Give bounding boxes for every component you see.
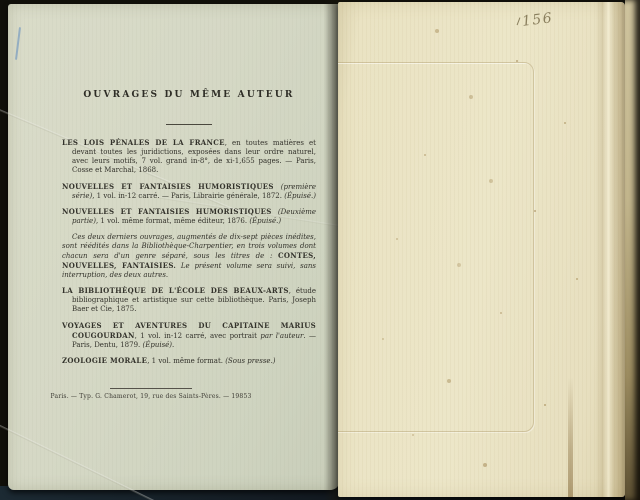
right-page: 156 xyxy=(338,2,625,497)
handwritten-page-number: 156 xyxy=(521,10,554,30)
foxing-spots xyxy=(338,2,340,4)
bibliography-list: LES LOIS PÉNALES DE LA FRANCE, en toutes… xyxy=(62,138,316,366)
bibliography-entry: Ces deux derniers ouvrages, augmentés de… xyxy=(62,233,316,280)
printer-imprint: Paris. — Typ. G. Chamerot, 19, rue des S… xyxy=(24,393,278,400)
left-page: OUVRAGES DU MÊME AUTEUR LES LOIS PÉNALES… xyxy=(8,4,340,490)
bibliography-entry: NOUVELLES ET FANTAISIES HUMORISTIQUES (p… xyxy=(62,182,316,201)
bibliography-entry: ZOOLOGIE MORALE, 1 vol. même format. (So… xyxy=(62,356,316,366)
book-scan: OUVRAGES DU MÊME AUTEUR LES LOIS PÉNALES… xyxy=(0,0,640,500)
bibliography-entry: LES LOIS PÉNALES DE LA FRANCE, en toutes… xyxy=(62,138,316,175)
title-rule xyxy=(166,124,212,125)
left-page-text-block: OUVRAGES DU MÊME AUTEUR LES LOIS PÉNALES… xyxy=(62,4,316,373)
imprint-rule xyxy=(110,388,192,389)
bibliography-entry: VOYAGES ET AVENTURES DU CAPITAINE MARIUS… xyxy=(62,321,316,350)
bibliography-entry: NOUVELLES ET FANTAISIES HUMORISTIQUES (D… xyxy=(62,207,316,226)
page-edge-stack xyxy=(595,2,625,497)
edge-stain xyxy=(568,377,573,497)
book-fore-edge xyxy=(625,0,640,500)
printer-imprint-block: Paris. — Typ. G. Chamerot, 19, rue des S… xyxy=(24,388,278,400)
page-title: OUVRAGES DU MÊME AUTEUR xyxy=(62,90,316,100)
bibliography-entry: LA BIBLIOTHÈQUE DE L'ÉCOLE DES BEAUX-ART… xyxy=(62,286,316,314)
blue-pencil-mark xyxy=(15,27,21,60)
paper-crease xyxy=(0,424,160,500)
plate-mark-emboss xyxy=(338,62,534,432)
